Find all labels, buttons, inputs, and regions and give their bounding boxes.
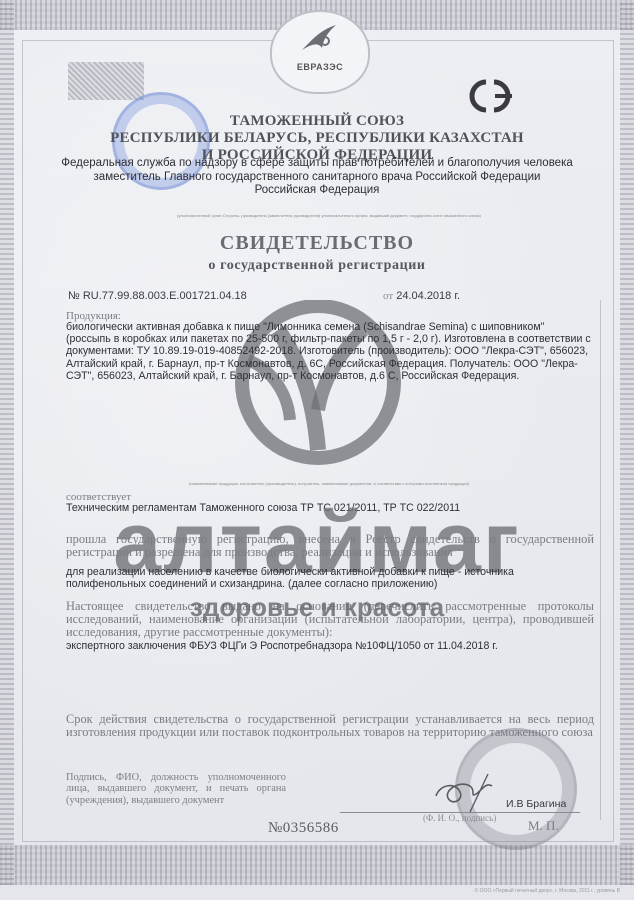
blank-serial-number: №0356586 — [268, 820, 339, 837]
authority-caption: (уполномоченный орган Стороны, руководит… — [64, 213, 594, 219]
watermark-tagline: здоровье и красота — [0, 592, 634, 622]
fio-caption: (Ф. И. О., подпись) — [423, 813, 496, 823]
certificate-title: СВИДЕТЕЛЬСТВО — [0, 232, 634, 255]
basis-text: экспертного заключения ФБУЗ ФЦГи Э Роспо… — [66, 640, 592, 652]
product-caption: (наименование продукции, изготовитель (п… — [64, 481, 594, 487]
union-line-1: ТАМОЖЕННЫЙ СОЮЗ — [0, 113, 634, 130]
security-pattern — [68, 62, 144, 100]
guilloche-border-bottom — [0, 845, 634, 885]
seal-placeholder: М. П. — [528, 818, 559, 834]
eurasec-emblem: ЕВРАЗЭС — [270, 10, 370, 94]
authority-line-3: Российская Федерация — [0, 184, 634, 198]
authority-heading: Федеральная служба по надзору в сфере за… — [0, 157, 634, 198]
bird-icon — [298, 22, 342, 56]
conformity-mark-icon — [462, 76, 522, 116]
certificate-subtitle: о государственной регистрации — [0, 258, 634, 274]
union-line-2: РЕСПУБЛИКИ БЕЛАРУСЬ, РЕСПУБЛИКИ КАЗАХСТА… — [0, 130, 634, 147]
usage-text: для реализации населению в качестве биол… — [66, 566, 592, 590]
product-description: биологически активная добавка к пище "Ли… — [66, 321, 592, 382]
certificate-page: ЕВРАЗЭС ТАМОЖЕННЫЙ СОЮЗ РЕСПУБЛИКИ БЕЛАР… — [0, 0, 634, 900]
signature-label: Подпись, ФИО, должность уполномоченного … — [66, 772, 286, 806]
printer-imprint: © ООО «Первый печатный двор», г. Москва,… — [475, 888, 620, 894]
authority-line-1: Федеральная служба по надзору в сфере за… — [0, 157, 634, 171]
signatory-name: И.В Брагина — [506, 798, 566, 810]
emblem-label: ЕВРАЗЭС — [272, 62, 368, 72]
signature-icon — [430, 768, 510, 814]
authority-line-2: заместитель Главного государственного са… — [0, 171, 634, 185]
registration-statement: прошла государственную регистрацию, внес… — [66, 533, 594, 559]
